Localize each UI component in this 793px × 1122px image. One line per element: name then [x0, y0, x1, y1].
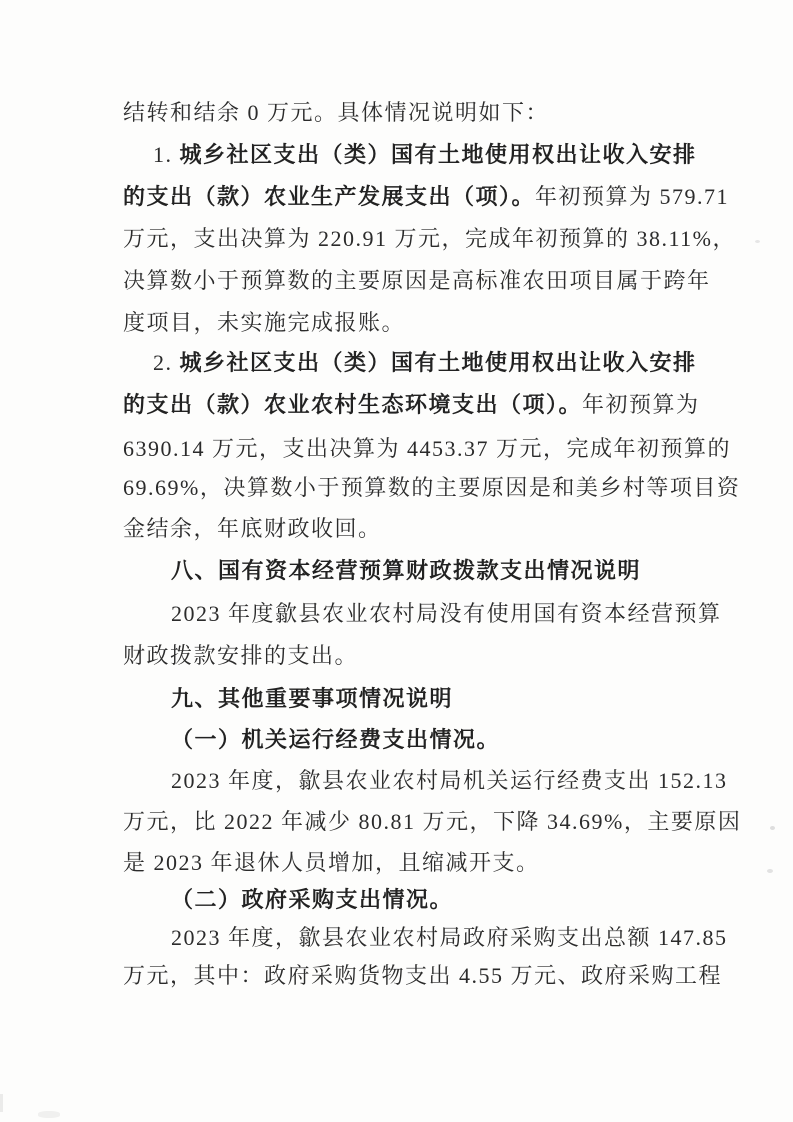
text-line: 万元，其中：政府采购货物支出 4.55 万元、政府采购工程: [123, 962, 723, 992]
text-line: 2023 年度歙县农业农村局没有使用国有资本经营预算: [123, 600, 771, 630]
text-segment: 财政拨款安排的支出。: [123, 643, 358, 668]
bold-text-segment: （一）机关运行经费支出情况。: [171, 727, 500, 752]
bold-text-segment: 城乡社区支出（类）国有土地使用权出让收入安排: [180, 350, 697, 375]
text-line: 结转和结余 0 万元。具体情况说明如下：: [123, 99, 723, 129]
text-segment: 度项目，未实施完成报账。: [123, 310, 405, 335]
text-line: 的支出（款）农业农村生态环境支出（项）。年初预算为: [123, 391, 723, 421]
bold-text-segment: 八、国有资本经营预算财政拨款支出情况说明: [171, 558, 641, 583]
text-line: 2023 年度，歙县农业农村局政府采购支出总额 147.85: [123, 924, 771, 954]
text-line: （一）机关运行经费支出情况。: [123, 726, 771, 756]
text-line: 的支出（款）农业生产发展支出（项）。年初预算为 579.71: [123, 183, 723, 213]
text-line: 万元，支出决算为 220.91 万元，完成年初预算的 38.11%，: [123, 225, 723, 255]
text-line: 1. 城乡社区支出（类）国有土地使用权出让收入安排: [123, 141, 753, 171]
text-segment: 1.: [153, 142, 180, 167]
text-line: 金结余，年底财政收回。: [123, 515, 723, 545]
text-segment: 万元，其中：政府采购货物支出 4.55 万元、政府采购工程: [123, 963, 722, 988]
text-line: 69.69%，决算数小于预算数的主要原因是和美乡村等项目资: [123, 474, 723, 504]
bold-text-segment: 九、其他重要事项情况说明: [171, 686, 453, 711]
text-segment: 万元，支出决算为 220.91 万元，完成年初预算的 38.11%，: [123, 226, 736, 251]
text-segment: 2.: [153, 350, 180, 375]
text-line: 万元，比 2022 年减少 80.81 万元，下降 34.69%，主要原因: [123, 808, 723, 838]
text-segment: 万元，比 2022 年减少 80.81 万元，下降 34.69%，主要原因: [123, 809, 741, 834]
text-segment: 6390.14 万元，支出决算为 4453.37 万元，完成年初预算的: [123, 436, 731, 461]
scan-speck: [755, 240, 760, 243]
text-line: 决算数小于预算数的主要原因是高标准农田项目属于跨年: [123, 267, 723, 297]
text-segment: 结转和结余 0 万元。具体情况说明如下：: [123, 100, 549, 125]
text-segment: 2023 年度歙县农业农村局没有使用国有资本经营预算: [171, 601, 722, 626]
text-segment: 2023 年度，歙县农业农村局政府采购支出总额 147.85: [171, 925, 728, 950]
text-line: 2023 年度，歙县农业农村局机关运行经费支出 152.13: [123, 767, 771, 797]
text-segment: 是 2023 年退休人员增加，且缩减开支。: [123, 850, 540, 875]
bold-text-segment: 城乡社区支出（类）国有土地使用权出让收入安排: [180, 142, 697, 167]
bold-text-segment: 的支出（款）农业农村生态环境支出（项）。: [123, 392, 582, 417]
text-line: （二）政府采购支出情况。: [123, 886, 771, 916]
text-line: 6390.14 万元，支出决算为 4453.37 万元，完成年初预算的: [123, 435, 723, 465]
text-segment: 年初预算为: [582, 392, 700, 417]
bold-text-segment: （二）政府采购支出情况。: [171, 887, 453, 912]
text-segment: 金结余，年底财政收回。: [123, 516, 382, 541]
bold-text-segment: 的支出（款）农业生产发展支出（项）。: [123, 184, 535, 209]
text-segment: 2023 年度，歙县农业农村局机关运行经费支出 152.13: [171, 768, 728, 793]
scan-speck: [770, 826, 775, 830]
text-segment: 年初预算为 579.71: [535, 184, 729, 209]
document-page: 结转和结余 0 万元。具体情况说明如下：1. 城乡社区支出（类）国有土地使用权出…: [0, 0, 793, 1122]
text-line: 是 2023 年退休人员增加，且缩减开支。: [123, 849, 723, 879]
text-line: 度项目，未实施完成报账。: [123, 309, 723, 339]
scan-speck: [38, 1111, 60, 1118]
text-line: 八、国有资本经营预算财政拨款支出情况说明: [123, 557, 771, 587]
text-segment: 69.69%，决算数小于预算数的主要原因是和美乡村等项目资: [123, 475, 740, 500]
document-body: 结转和结余 0 万元。具体情况说明如下：1. 城乡社区支出（类）国有土地使用权出…: [0, 0, 793, 1122]
text-line: 2. 城乡社区支出（类）国有土地使用权出让收入安排: [123, 349, 753, 379]
text-segment: 决算数小于预算数的主要原因是高标准农田项目属于跨年: [123, 268, 711, 293]
scan-speck: [0, 1094, 3, 1112]
text-line: 九、其他重要事项情况说明: [123, 685, 771, 715]
text-line: 财政拨款安排的支出。: [123, 642, 723, 672]
scan-speck: [767, 869, 773, 873]
